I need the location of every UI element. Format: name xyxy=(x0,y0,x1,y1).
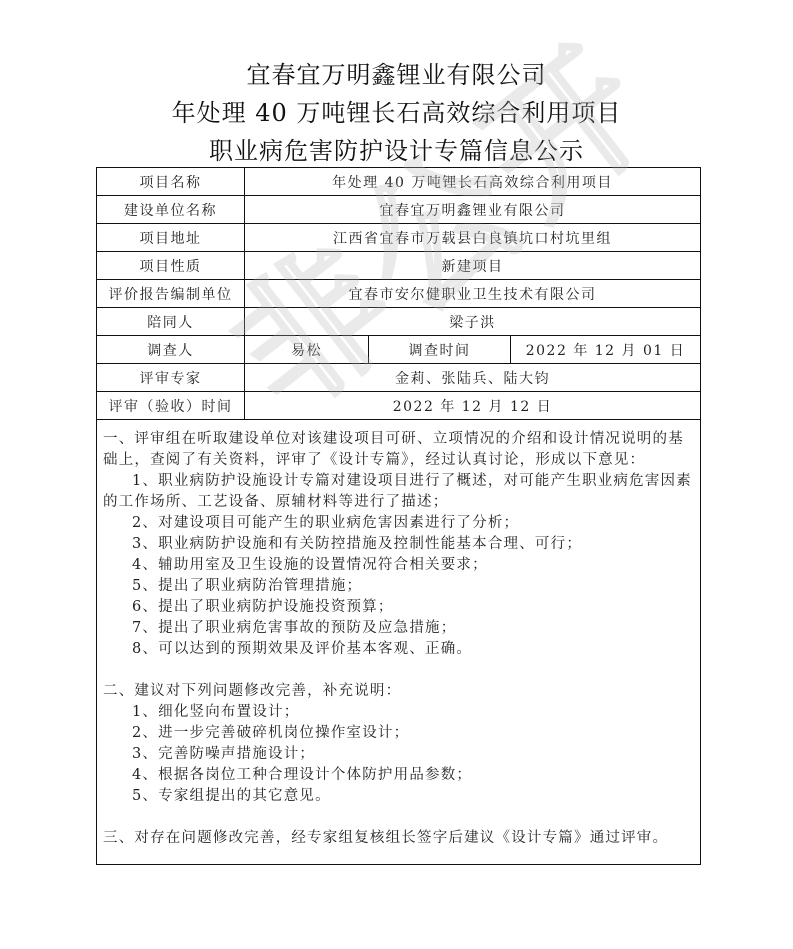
row-label-review-time: 评审（验收）时间 xyxy=(97,392,245,420)
row-label-escort: 陪同人 xyxy=(97,308,245,336)
section-2-item: 4、根据各岗位工种合理设计个体防护用品参数； xyxy=(103,765,694,786)
opinions-cell: 一、评审组在听取建设单位对该建设项目可研、立项情况的介绍和设计情况说明的基础上，… xyxy=(97,420,701,865)
spacer xyxy=(103,660,694,681)
section-1-item: 6、提出了职业病防护设施投资预算； xyxy=(103,597,694,618)
row-label-address: 项目地址 xyxy=(97,224,245,252)
section-2-item: 1、细化竖向布置设计； xyxy=(103,702,694,723)
section-1-item: 2、对建设项目可能产生的职业病危害因素进行了分析； xyxy=(103,513,694,534)
opinions-row: 一、评审组在听取建设单位对该建设项目可研、立项情况的介绍和设计情况说明的基础上，… xyxy=(97,420,701,865)
title-project: 年处理 40 万吨锂长石高效综合利用项目 xyxy=(0,94,793,132)
section-1-item: 4、辅助用室及卫生设施的设置情况符合相关要求； xyxy=(103,555,694,576)
table-row: 评价报告编制单位 宜春市安尔健职业卫生技术有限公司 xyxy=(97,280,701,308)
table-row: 项目地址 江西省宜春市万载县白良镇坑口村坑里组 xyxy=(97,224,701,252)
title-company: 宜春宜万明鑫锂业有限公司 xyxy=(0,56,793,94)
row-value-nature: 新建项目 xyxy=(245,252,701,280)
table-row: 陪同人 梁子洪 xyxy=(97,308,701,336)
table-row: 评审（验收）时间 2022 年 12 月 12 日 xyxy=(97,392,701,420)
row-value-investigation-time: 2022 年 12 月 01 日 xyxy=(511,336,701,364)
row-value-address: 江西省宜春市万载县白良镇坑口村坑里组 xyxy=(245,224,701,252)
section-1-item: 3、职业病防护设施和有关防控措施及控制性能基本合理、可行； xyxy=(103,534,694,555)
section-1-item: 7、提出了职业病危害事故的预防及应急措施； xyxy=(103,618,694,639)
section-1-intro: 一、评审组在听取建设单位对该建设项目可研、立项情况的介绍和设计情况说明的基础上，… xyxy=(103,429,694,471)
row-label-experts: 评审专家 xyxy=(97,364,245,392)
row-value-escort: 梁子洪 xyxy=(245,308,701,336)
section-3-text: 三、对存在问题修改完善，经专家组复核组长签字后建议《设计专篇》通过评审。 xyxy=(103,828,694,849)
section-2-item: 3、完善防噪声措施设计； xyxy=(103,744,694,765)
table-row: 调查人 易松 调查时间 2022 年 12 月 01 日 xyxy=(97,336,701,364)
table-row: 评审专家 金莉、张陆兵、陆大钧 xyxy=(97,364,701,392)
section-1-item: 8、可以达到的预期效果及评价基本客观、正确。 xyxy=(103,639,694,660)
row-value-evaluator: 宜春市安尔健职业卫生技术有限公司 xyxy=(245,280,701,308)
section-1-item: 1、职业病防护设施设计专篇对建设项目进行了概述，对可能产生职业病危害因素的工作场… xyxy=(103,471,694,513)
row-value-experts: 金莉、张陆兵、陆大钧 xyxy=(245,364,701,392)
row-value-project-name: 年处理 40 万吨锂长石高效综合利用项目 xyxy=(245,168,701,196)
row-label-investigation-time: 调查时间 xyxy=(369,336,511,364)
spacer xyxy=(103,807,694,828)
info-table: 项目名称 年处理 40 万吨锂长石高效综合利用项目 建设单位名称 宜春宜万明鑫锂… xyxy=(96,167,701,865)
document-title: 宜春宜万明鑫锂业有限公司 年处理 40 万吨锂长石高效综合利用项目 职业病危害防… xyxy=(0,56,793,170)
section-1-item: 5、提出了职业病防治管理措施； xyxy=(103,576,694,597)
table-row: 建设单位名称 宜春宜万明鑫锂业有限公司 xyxy=(97,196,701,224)
row-value-review-time: 2022 年 12 月 12 日 xyxy=(245,392,701,420)
row-label-evaluator: 评价报告编制单位 xyxy=(97,280,245,308)
section-2-item: 2、进一步完善破碎机岗位操作室设计； xyxy=(103,723,694,744)
table-row: 项目名称 年处理 40 万吨锂长石高效综合利用项目 xyxy=(97,168,701,196)
section-2-item: 5、专家组提出的其它意见。 xyxy=(103,786,694,807)
row-label-builder: 建设单位名称 xyxy=(97,196,245,224)
title-subject: 职业病危害防护设计专篇信息公示 xyxy=(0,132,793,170)
table-row: 项目性质 新建项目 xyxy=(97,252,701,280)
row-label-project-name: 项目名称 xyxy=(97,168,245,196)
row-value-investigator: 易松 xyxy=(245,336,369,364)
row-value-builder: 宜春宜万明鑫锂业有限公司 xyxy=(245,196,701,224)
section-2-intro: 二、建议对下列问题修改完善，补充说明： xyxy=(103,681,694,702)
row-label-investigator: 调查人 xyxy=(97,336,245,364)
row-label-nature: 项目性质 xyxy=(97,252,245,280)
